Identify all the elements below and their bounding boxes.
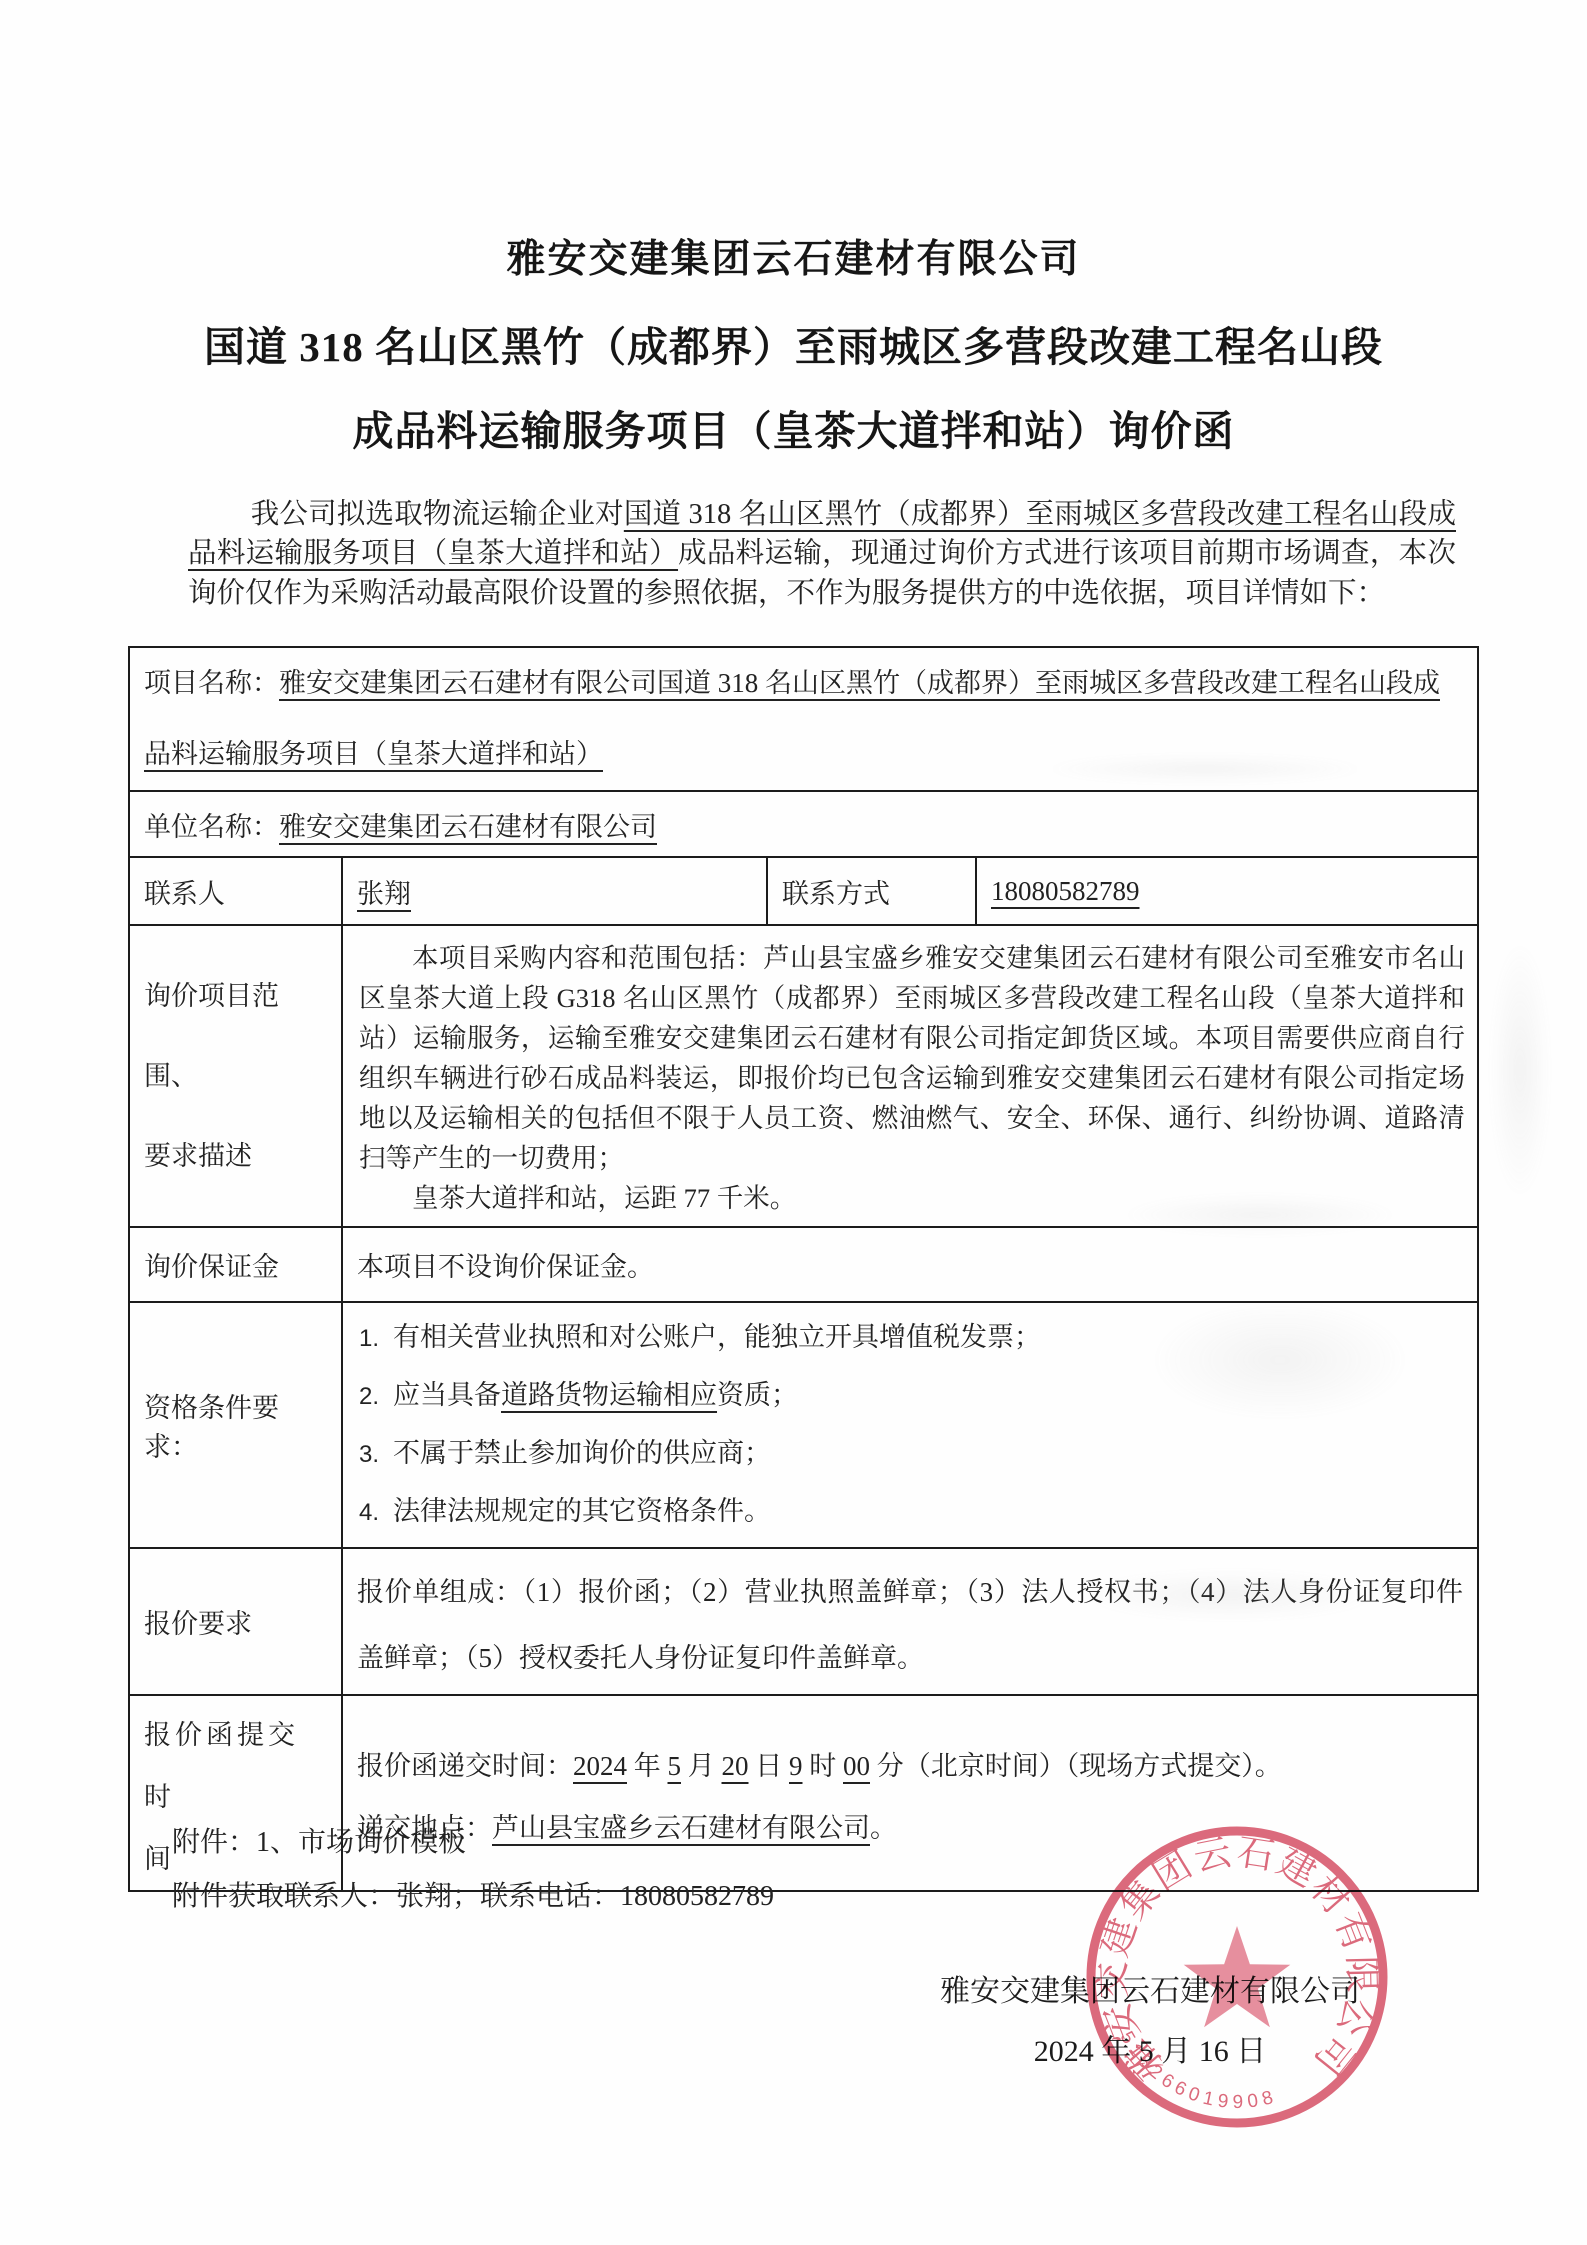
unit-minute: 分: [870, 1751, 904, 1781]
submission-place-suffix: 。: [870, 1813, 897, 1843]
item-text: 不属于禁止参加询价的供应商；: [393, 1438, 771, 1468]
submission-label-line1: 报价函提交时: [144, 1704, 327, 1828]
item-number: 3.: [359, 1441, 379, 1468]
item-text: 应当具备: [393, 1380, 501, 1410]
submission-day: 20: [722, 1751, 749, 1781]
unit-hour: 时: [803, 1751, 844, 1781]
project-name-value: 雅安交建集团云石建材有限公司国道 318 名山区黑竹（成都界）至雨城区多营段改建…: [144, 668, 1440, 769]
submission-hour: 9: [789, 1751, 803, 1781]
quote-requirements-label: 报价要求: [129, 1548, 342, 1695]
item-tail: 资质；: [717, 1380, 798, 1410]
document-title-subject: 成品料运输服务项目（皇茶大道拌和站）询价函: [0, 398, 1587, 457]
document-page: 雅安交建集团云石建材有限公司 国道 318 名山区黑竹（成都界）至雨城区多营段改…: [0, 0, 1587, 2245]
document-title-project: 国道 318 名山区黑竹（成都界）至雨城区多营段改建工程名山段: [0, 314, 1587, 373]
unit-name-label: 单位名称：: [144, 812, 279, 842]
submission-time-suffix: （北京时间）（现场方式提交）。: [904, 1751, 1282, 1781]
table-row-deposit: 询价保证金 本项目不设询价保证金。: [129, 1227, 1478, 1302]
table-row-scope: 询价项目范围、 要求描述 本项目采购内容和范围包括：芦山县宝盛乡雅安交建集团云石…: [129, 925, 1478, 1227]
scan-artifact: [1040, 756, 1370, 782]
scope-label: 询价项目范围、 要求描述: [129, 925, 342, 1227]
contact-phone-label: 联系方式: [767, 857, 976, 925]
submission-time-line: 报价函递交时间：2024 年 5 月 20 日 9 时 00 分（北京时间）（现…: [357, 1735, 1463, 1797]
unit-name-value: 雅安交建集团云石建材有限公司: [279, 812, 657, 842]
scan-artifact: [1490, 940, 1550, 1200]
inquiry-details-table: 项目名称：雅安交建集团云石建材有限公司国道 318 名山区黑竹（成都界）至雨城区…: [128, 646, 1479, 1892]
submission-time-label: 报价函递交时间：: [357, 1751, 573, 1781]
company-seal: 雅安交建集团云石建材有限公司 518266019908: [1072, 1812, 1402, 2142]
deposit-label: 询价保证金: [129, 1227, 342, 1302]
item-number: 1.: [359, 1325, 379, 1352]
scan-artifact: [1080, 1570, 1380, 1620]
qualification-item-4: 4.法律法规规定的其它资格条件。: [359, 1483, 1465, 1541]
document-title-company: 雅安交建集团云石建材有限公司: [0, 228, 1587, 284]
item-underlined: 道路货物运输相应: [501, 1380, 717, 1410]
submission-minute: 00: [843, 1751, 870, 1781]
contact-phone-value: 18080582789: [991, 876, 1140, 906]
table-row-unit-name: 单位名称：雅安交建集团云石建材有限公司: [129, 791, 1478, 857]
attachment-contact-line: 附件获取联系人：张翔；联系电话：18080582789: [172, 1874, 774, 1914]
unit-day: 日: [749, 1751, 790, 1781]
submission-month: 5: [668, 1751, 682, 1781]
seal-serial-number: 518266019908: [1116, 2028, 1281, 2113]
unit-year: 年: [627, 1751, 668, 1781]
unit-month: 月: [681, 1751, 722, 1781]
seal-star-icon: [1184, 1926, 1291, 2027]
submission-year: 2024: [573, 1751, 627, 1781]
item-text: 法律法规规定的其它资格条件。: [393, 1496, 771, 1526]
scope-label-line1: 询价项目范围、: [144, 956, 327, 1116]
scope-label-line2: 要求描述: [144, 1116, 327, 1196]
item-text: 有相关营业执照和对公账户，能独立开具增值税发票；: [393, 1322, 1041, 1352]
attachment-line: 附件：1、市场询价模板: [172, 1820, 466, 1860]
contact-label: 联系人: [129, 857, 342, 925]
intro-pre: 我公司拟选取物流运输企业对: [251, 499, 624, 530]
scope-paragraph: 本项目采购内容和范围包括：芦山县宝盛乡雅安交建集团云石建材有限公司至雅安市名山区…: [359, 938, 1465, 1178]
scan-artifact: [1150, 1300, 1410, 1420]
qualification-item-3: 3.不属于禁止参加询价的供应商；: [359, 1425, 1465, 1483]
table-row-contact: 联系人 张翔 联系方式 18080582789: [129, 857, 1478, 925]
submission-label: 报价函提交时 间: [129, 1695, 342, 1891]
deposit-value: 本项目不设询价保证金。: [342, 1227, 1478, 1302]
scan-artifact: [1120, 1195, 1400, 1235]
qualification-label: 资格条件要求：: [129, 1302, 342, 1548]
item-number: 4.: [359, 1499, 379, 1526]
project-name-label: 项目名称：: [144, 668, 279, 698]
item-number: 2.: [359, 1383, 379, 1410]
contact-name-value: 张翔: [357, 879, 411, 909]
submission-place-value: 芦山县宝盛乡云石建材有限公司: [492, 1813, 870, 1843]
intro-paragraph: 我公司拟选取物流运输企业对国道 318 名山区黑竹（成都界）至雨城区多营段改建工…: [188, 495, 1456, 614]
